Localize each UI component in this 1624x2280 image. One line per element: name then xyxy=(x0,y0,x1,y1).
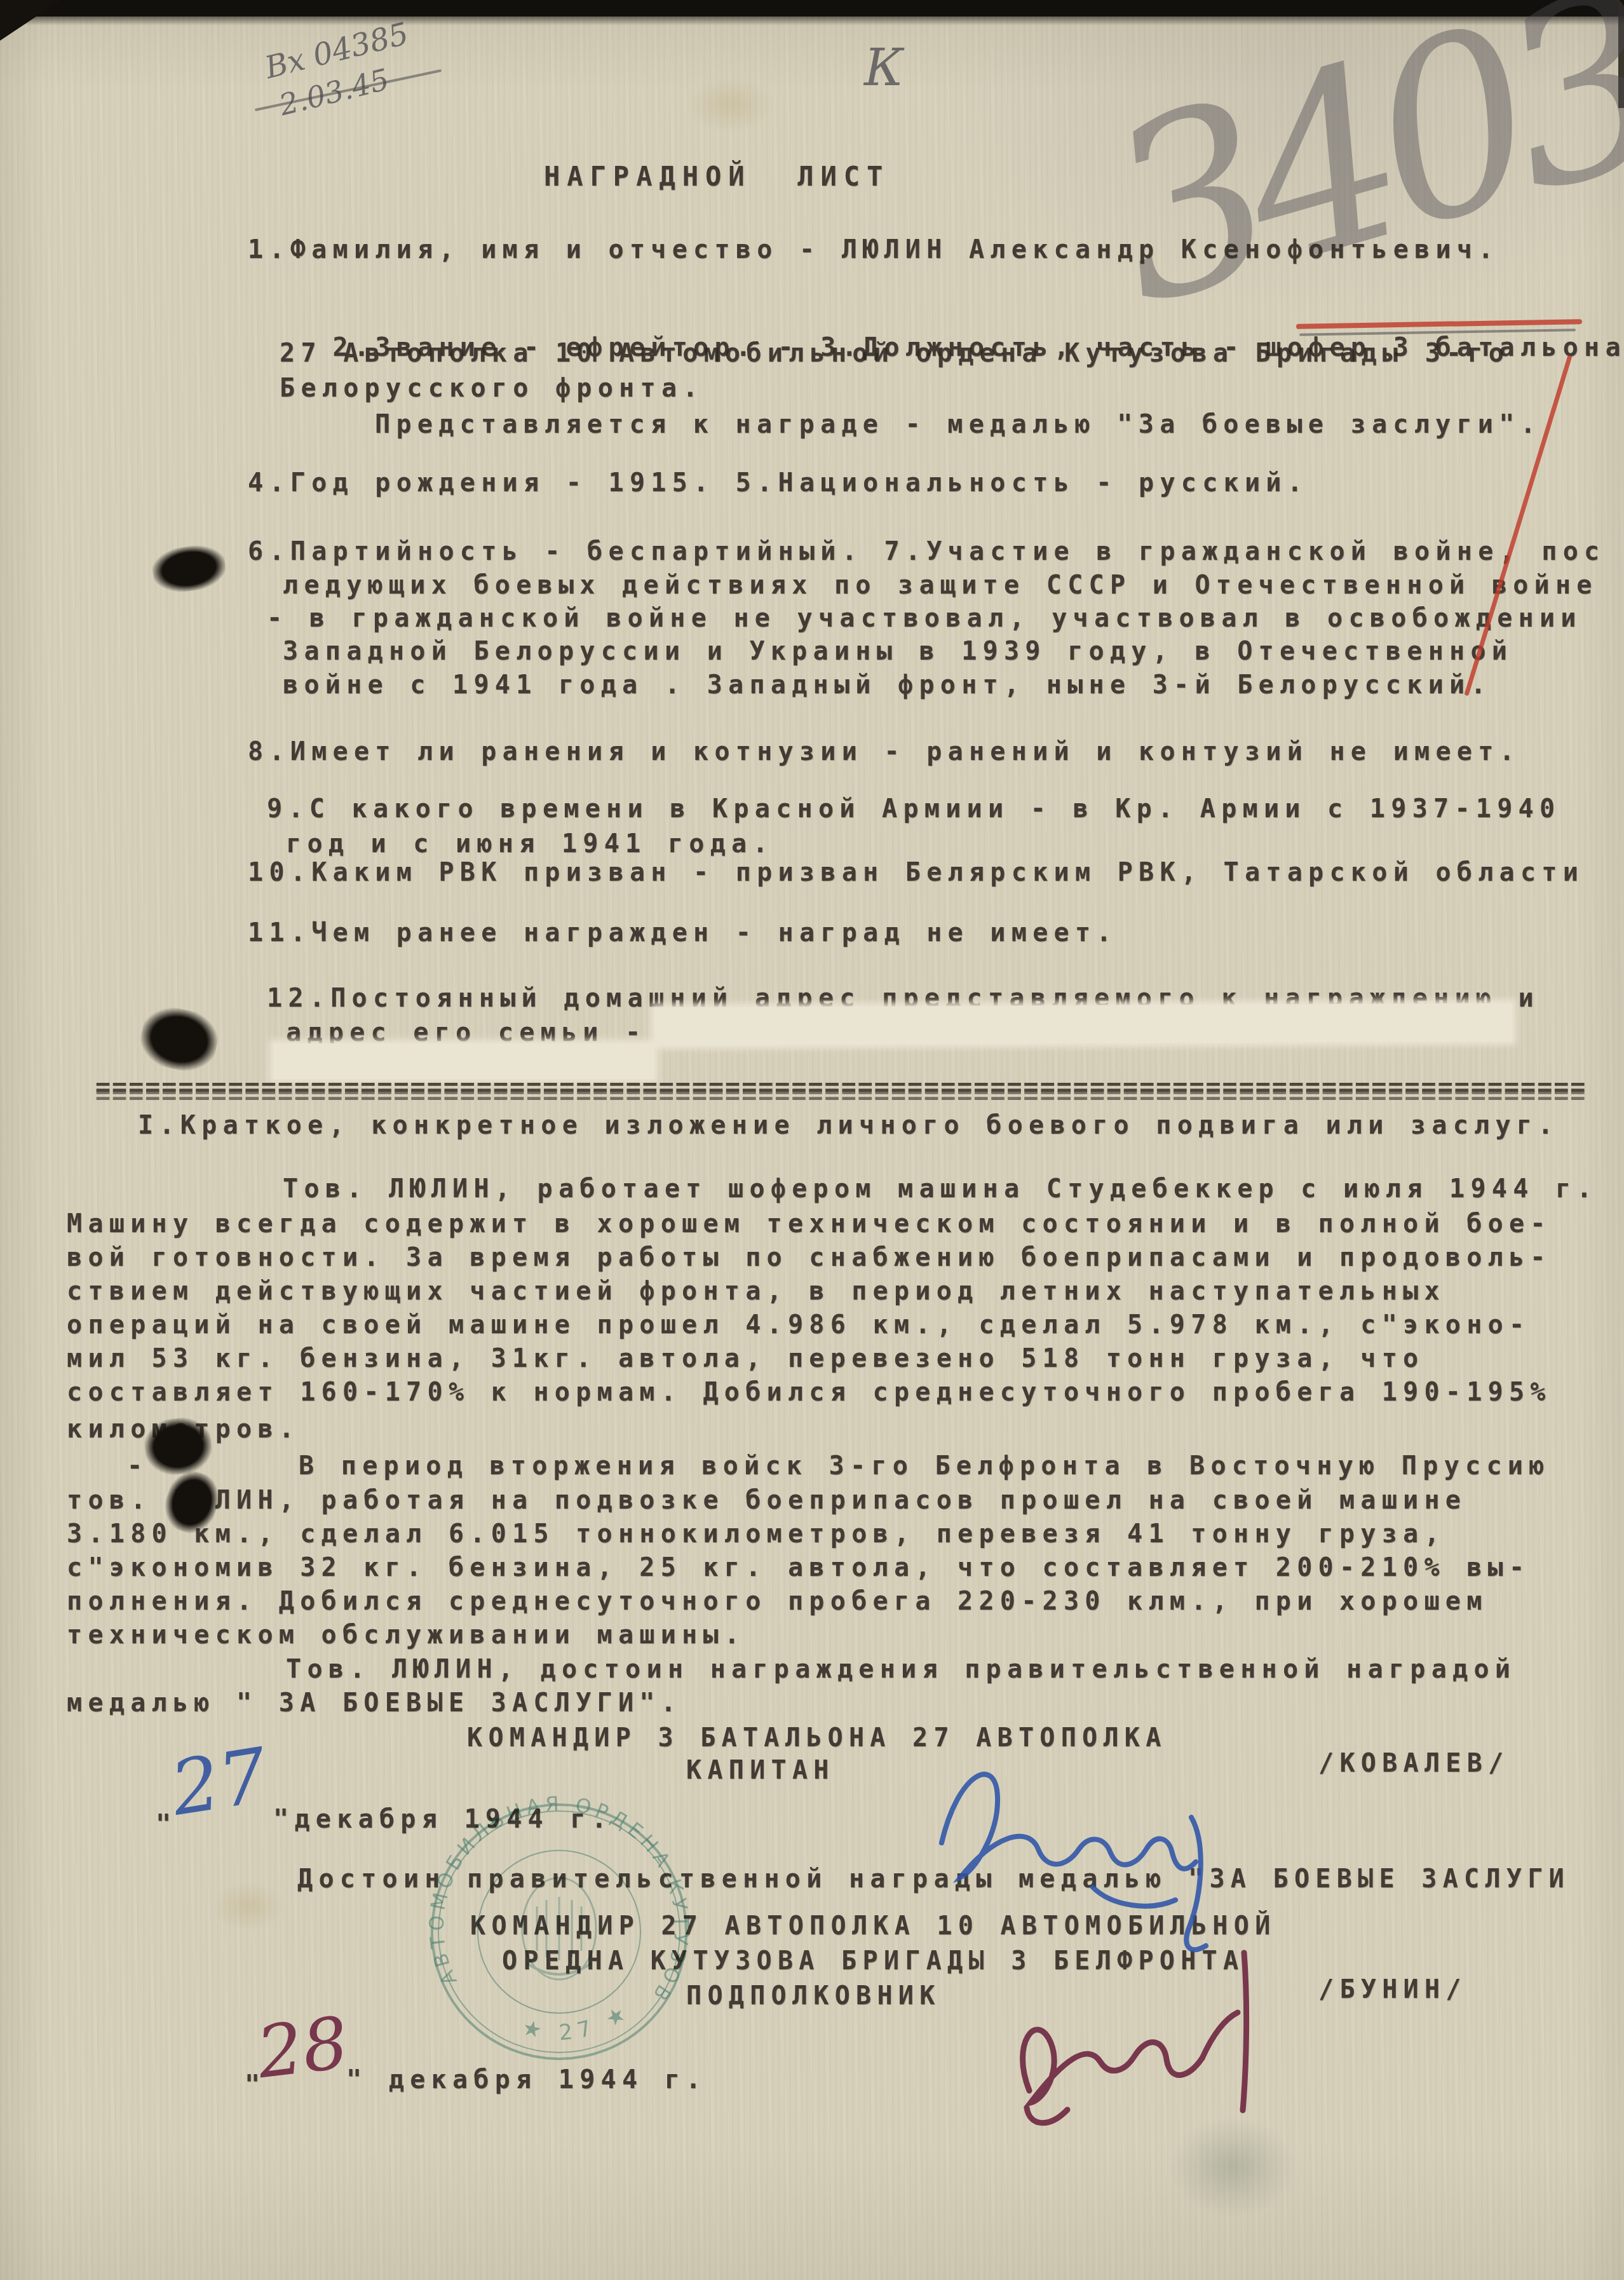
field-party-war: Западной Белоруссии и Украины в 1939 год… xyxy=(283,637,1513,666)
unit-round-stamp: АВТОМОБИЛЬНАЯ ОРДЕНА КУТУЗОВА БРИГАДА ★ … xyxy=(400,1773,718,2091)
field-party-war: 6.Партийность - беспартийный. 7.Участие … xyxy=(248,537,1605,566)
signature-bunin xyxy=(991,1941,1322,2132)
corner-letter-mark: К xyxy=(864,38,903,97)
field-party-war: - в гражданской войне не участвовал, уча… xyxy=(267,604,1582,633)
body-line: медалью " ЗА БОЕВЫЕ ЗАСЛУГИ". xyxy=(67,1688,682,1718)
svg-text:★ 27 ★: ★ 27 ★ xyxy=(520,1997,636,2046)
paper-stain xyxy=(686,76,775,133)
signer-name: /КОВАЛЕВ/ xyxy=(1318,1749,1509,1778)
body-line: В период вторжения войск 3-го Белфронта … xyxy=(299,1451,1550,1481)
field-wounds: 8.Имеет ли ранения и котнузии - ранений … xyxy=(248,737,1520,766)
punch-hole xyxy=(135,1002,222,1077)
field-service-since: год и с июня 1941 года. xyxy=(286,829,774,858)
body-line: операций на своей машине прошел 4.986 км… xyxy=(67,1310,1530,1340)
field-prior-awards: 11.Чем ранее награжден - наград не имеет… xyxy=(248,918,1118,947)
field-unit-line: 27 Автополка 10 Автомобильной ордена Кут… xyxy=(280,339,1510,368)
body-line: составляет 160-170% к нормам. Добился ср… xyxy=(67,1378,1552,1407)
red-check-slash xyxy=(1464,355,1572,696)
field-party-war: ледующих боевых действиях по защите СССР… xyxy=(283,571,1598,600)
field-party-war: войне с 1941 года . Западный фронт, ныне… xyxy=(283,670,1492,700)
body-line: 3.180 км., сделал 6.015 тоннокилометров,… xyxy=(67,1519,1445,1549)
body-line: мил 53 кг. бензина, 31кг. автола, переве… xyxy=(67,1344,1424,1373)
punch-hole xyxy=(150,541,229,595)
field-unit-line: Белорусского фронта. xyxy=(280,374,704,403)
signature-kovalev xyxy=(902,1741,1258,1970)
section-heading: I.Краткое, конкретное изложение личного … xyxy=(138,1111,1559,1140)
award-sheet-scan: Вх 04385 2.03.45 К 3403 НАГРАДНОЙ ЛИСТ 1… xyxy=(0,0,1624,2280)
scan-corner-top-left xyxy=(0,0,61,41)
handwritten-day: 27 xyxy=(165,1731,273,1833)
stamp-bottom-text: ★ 27 ★ xyxy=(520,1997,636,2046)
body-line: техническом обслуживании машины. xyxy=(67,1620,745,1650)
field-birth-nationality: 4.Год рождения - 1915. 5.Национальность … xyxy=(248,468,1308,498)
date-quote: " xyxy=(156,1810,177,1839)
body-line: Машину всегда содержит в хорошем техниче… xyxy=(67,1209,1552,1238)
document-title: НАГРАДНОЙ ЛИСТ xyxy=(544,162,890,191)
body-line: вой готовности. За время работы по снабж… xyxy=(67,1243,1552,1272)
signer-name: /БУНИН/ xyxy=(1318,1975,1467,2004)
paper-stain xyxy=(210,1881,286,1932)
body-line: тов. ЛЮЛИН, работая на подвозке боеприпа… xyxy=(67,1486,1466,1515)
body-line: полнения. Добился среднесуточного пробег… xyxy=(67,1587,1488,1616)
rank-line: ПОДПОЛКОВНИК xyxy=(686,1981,941,2011)
field-award-proposal: Представляется к награде - медалью "За б… xyxy=(375,410,1541,439)
body-line: Тов. ЛЮЛИН, достоин награждения правител… xyxy=(286,1655,1516,1684)
body-line: с"экономив 32 кг. бензина, 25 кг. автола… xyxy=(67,1553,1530,1582)
separator-line: ========================================… xyxy=(95,1073,1587,1102)
handwritten-day: 28 xyxy=(253,2002,353,2094)
body-line: ствием действующих частией фронта, в пер… xyxy=(67,1277,1445,1306)
field-service-since: 9.С какого времени в Красной Армиии - в … xyxy=(267,794,1560,824)
redaction-patch xyxy=(654,1003,1512,1045)
body-line: Тов. ЛЮЛИН, работает шофером машина Студ… xyxy=(283,1174,1598,1204)
field-name: 1.Фамилия, имя и отчество - ЛЮЛИН Алекса… xyxy=(248,235,1499,264)
field-drafted-by: 10.Каким РВК призван - призван Белярским… xyxy=(248,858,1584,887)
